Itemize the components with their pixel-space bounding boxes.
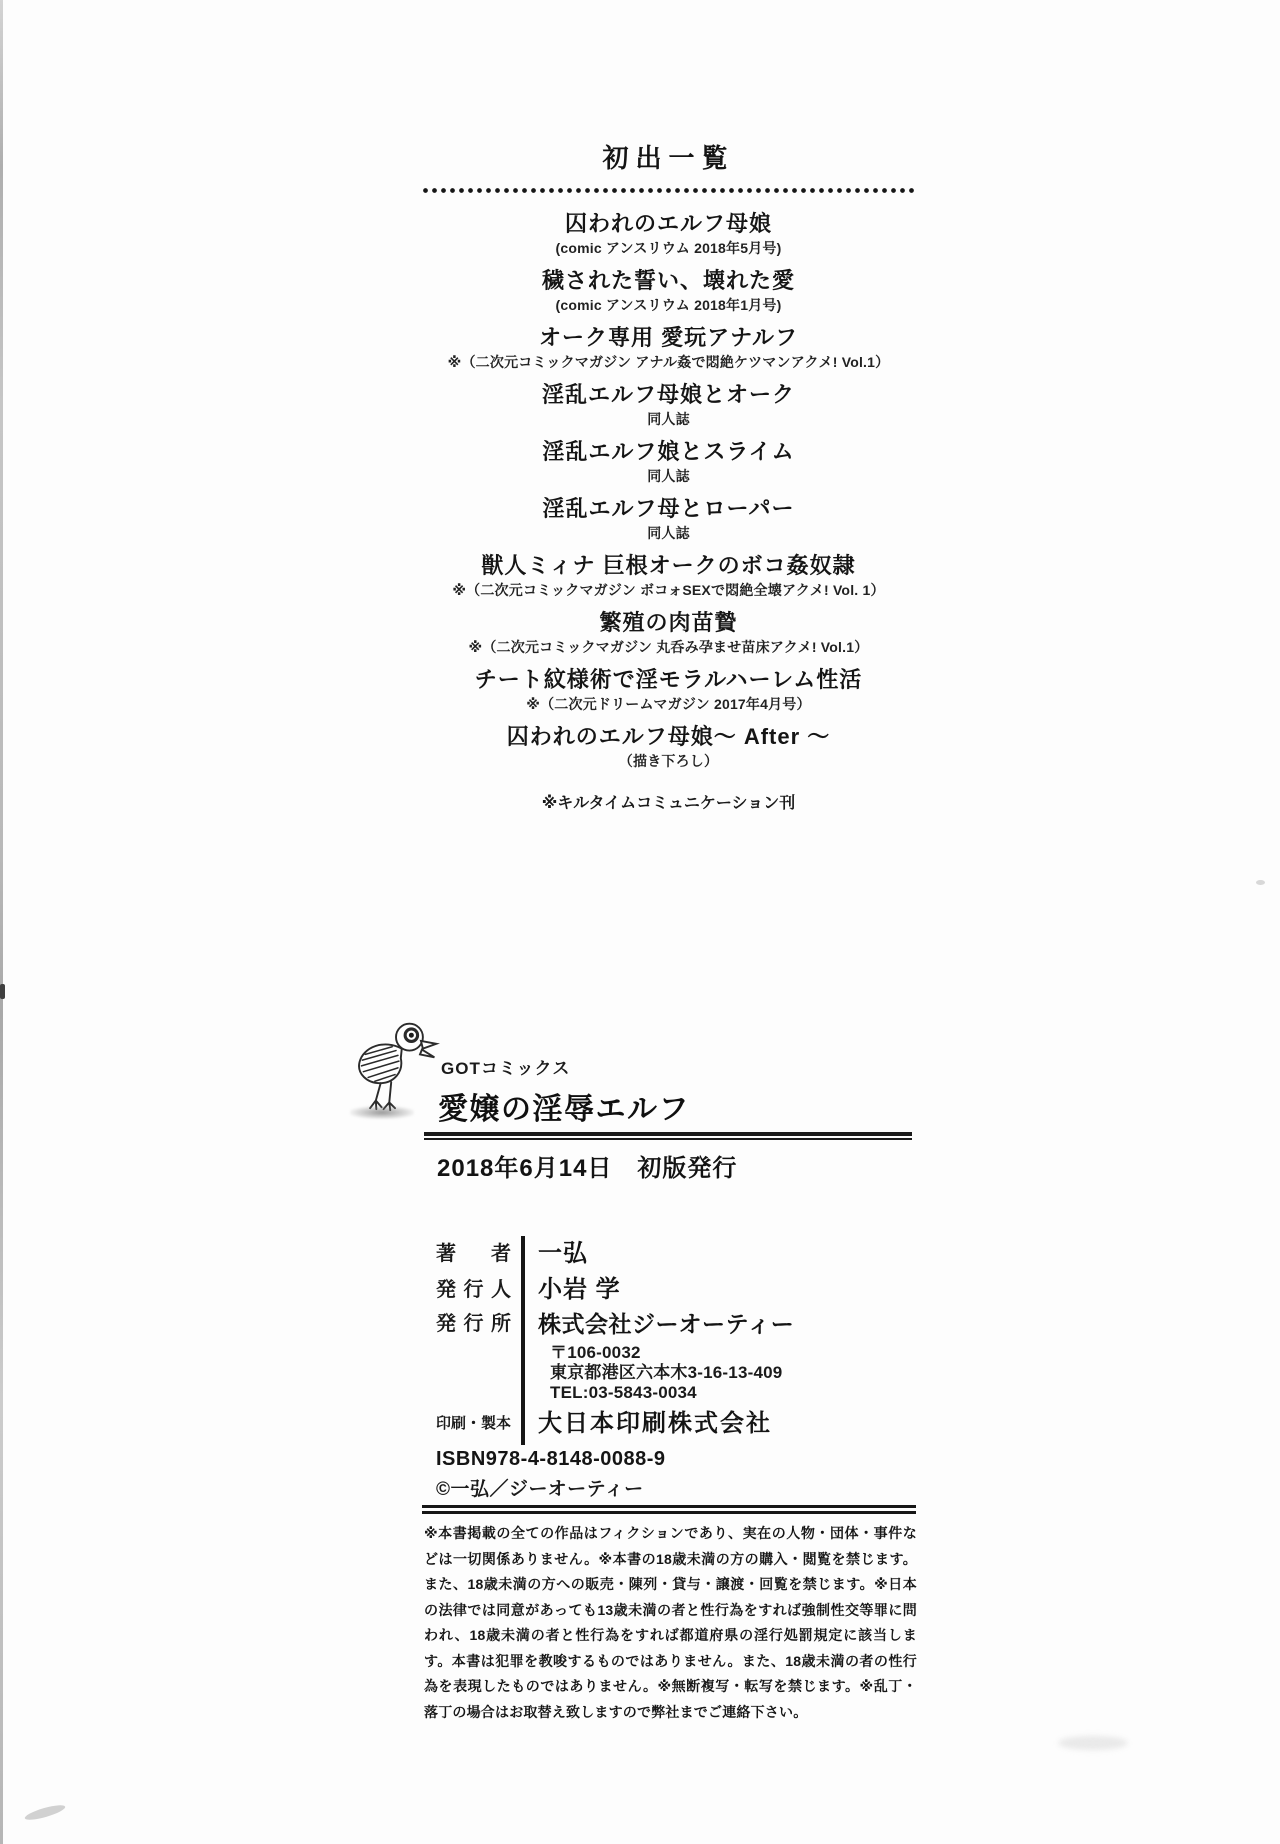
scan-smudge [1058,1736,1128,1750]
title-rule [424,1132,912,1140]
address-line: 東京都港区六本木3-16-13-409 [550,1363,926,1383]
scan-speck [0,984,5,999]
work-source: ※（二次元コミックマガジン 丸呑み孕ませ苗床アクメ! Vol.1） [420,637,917,658]
work-entry: 穢された誓い、壊れた愛 (comic アンスリウム 2018年1月号) [420,267,917,316]
work-source: 同人誌 [420,466,917,487]
copyright: ©一弘／ジーオーティー [436,1474,644,1501]
publisher-bird-logo-icon [348,1016,444,1112]
publisher-note: ※キルタイムコミュニケーション刊 [420,790,917,813]
work-entry: 囚われのエルフ母娘～ After ～ （描き下ろし） [420,723,917,772]
work-title: 淫乱エルフ母娘とオーク [420,381,917,409]
publisher-person-name: 小岩 学 [538,1272,926,1308]
work-title: 囚われのエルフ母娘～ After ～ [420,723,917,751]
work-title: 淫乱エルフ娘とスライム [420,438,917,466]
work-entry: チート紋様術で淫モラルハーレム性活 ※（二次元ドリームマガジン 2017年4月号… [420,666,917,715]
work-source: ※（二次元コミックマガジン ボコォSEXで悶絶全壊アクメ! Vol. 1） [420,580,917,601]
printing-company: 大日本印刷株式会社 [538,1403,926,1445]
work-title: オーク専用 愛玩アナルフ [420,324,917,352]
work-entry: オーク専用 愛玩アナルフ ※（二次元コミックマガジン アナル姦で悶絶ケツマンアク… [420,324,917,373]
work-source: (comic アンスリウム 2018年1月号) [420,295,917,316]
author-name: 一弘 [538,1236,926,1272]
work-title: 囚われのエルフ母娘 [420,210,917,238]
work-source: （描き下ろし） [420,751,917,772]
work-source: 同人誌 [420,523,917,544]
dotted-divider [420,187,917,194]
scan-edge-line [0,0,3,1844]
work-title: 淫乱エルフ母とローパー [420,495,917,523]
scan-speck [1256,880,1265,885]
colophon-page: 初出一覧 囚われのエルフ母娘 (comic アンスリウム 2018年5月号) 穢… [0,0,1280,1844]
publisher-address: 〒106-0032 東京都港区六本木3-16-13-409 TEL:03-584… [538,1343,926,1403]
work-title: 繁殖の肉苗贄 [420,609,917,637]
work-source: ※（二次元ドリームマガジン 2017年4月号） [420,694,917,715]
work-source: ※（二次元コミックマガジン アナル姦で悶絶ケツマンアクメ! Vol.1） [420,352,917,373]
work-source: 同人誌 [420,409,917,430]
scan-speck [24,1802,67,1822]
imprint-label: GOTコミックス [441,1054,570,1079]
phone-number: TEL:03-5843-0034 [550,1383,926,1403]
disclaimer-text: ※本書掲載の全ての作品はフィクションであり、実在の人物・団体・事件などは一切関係… [424,1521,917,1725]
publisher-name: 株式会社ジーオーティー [538,1308,926,1340]
work-source: (comic アンスリウム 2018年5月号) [420,238,917,259]
first-publication-section: 初出一覧 囚われのエルフ母娘 (comic アンスリウム 2018年5月号) 穢… [420,138,917,813]
work-title: 穢された誓い、壊れた愛 [420,267,917,295]
section-title: 初出一覧 [420,138,917,175]
edition-date: 2018年6月14日 初版発行 [437,1148,737,1183]
work-title: チート紋様術で淫モラルハーレム性活 [420,666,917,694]
credit-label: 発行所 [436,1308,511,1403]
work-entry: 獣人ミィナ 巨根オークのボコ姦奴隷 ※（二次元コミックマガジン ボコォSEXで悶… [420,552,917,601]
work-entry: 淫乱エルフ母とローパー 同人誌 [420,495,917,544]
work-title: 獣人ミィナ 巨根オークのボコ姦奴隷 [420,552,917,580]
credit-row-author: 著者 一弘 [436,1236,926,1272]
credit-label: 印刷・製本 [436,1403,511,1445]
work-entry: 淫乱エルフ娘とスライム 同人誌 [420,438,917,487]
work-entry: 淫乱エルフ母娘とオーク 同人誌 [420,381,917,430]
credit-label: 発行人 [436,1272,511,1308]
credit-row-publisher: 発行所 株式会社ジーオーティー 〒106-0032 東京都港区六本木3-16-1… [436,1308,926,1403]
credit-row-publisher-person: 発行人 小岩 学 [436,1272,926,1308]
credit-label: 著者 [436,1236,511,1272]
double-rule [422,1505,916,1514]
postal-code: 〒106-0032 [550,1343,926,1363]
work-entry: 繁殖の肉苗贄 ※（二次元コミックマガジン 丸呑み孕ませ苗床アクメ! Vol.1） [420,609,917,658]
book-title: 愛嬢の淫辱エルフ [438,1084,690,1128]
work-entry: 囚われのエルフ母娘 (comic アンスリウム 2018年5月号) [420,210,917,259]
bird-logo-shadow [350,1106,414,1119]
isbn: ISBN978-4-8148-0088-9 [436,1448,666,1471]
credit-row-printing: 印刷・製本 大日本印刷株式会社 [436,1403,926,1445]
credits-table: 著者 一弘 発行人 小岩 学 発行所 株式会社ジーオーティー 〒106-0032… [436,1236,926,1445]
